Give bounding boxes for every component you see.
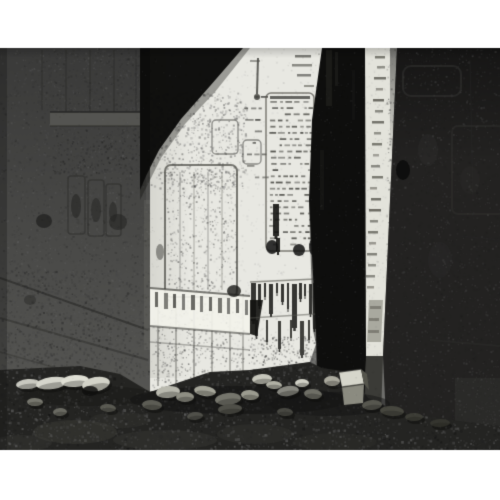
temple-photograph xyxy=(0,0,500,500)
page xyxy=(0,0,500,500)
photograph-frame xyxy=(0,0,500,500)
